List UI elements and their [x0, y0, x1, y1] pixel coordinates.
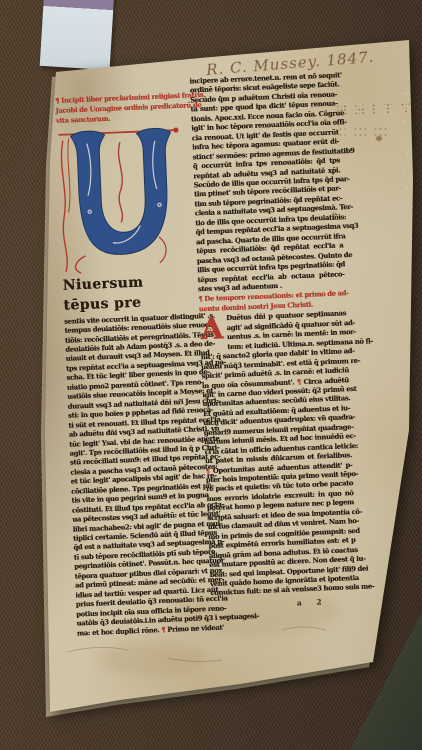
opening-words-large: Niuersum tēpus pre	[62, 270, 192, 315]
lombardic-initial-a: A a	[199, 316, 224, 345]
illuminated-initial-u: U	[56, 123, 190, 274]
advent-paragraph: A a Duētus dn̄i p quatuor septimanasagit…	[199, 310, 358, 599]
book-leaf-wrap: R. C. Mussey. 1847. RSITY ¶ Incipit libe…	[0, 0, 422, 750]
right-column: incipere ab errore.tenet.n. rem et nō se…	[189, 62, 359, 633]
rubric-incipit: ¶ Incipit liber preclarissimi religiosi …	[55, 91, 184, 127]
bottom-margin-offset-marks	[58, 612, 378, 672]
left-column-body: sentis vite occurrit in quatuor distingu…	[64, 312, 205, 638]
left-column: ¶ Incipit liber preclarissimi religiosi …	[54, 69, 205, 639]
guide-letter: a	[208, 327, 212, 334]
initial-u-artwork: U	[56, 123, 190, 274]
photo-of-incunabulum: { "photo": { "inscription": "R. C. Musse…	[0, 0, 422, 750]
advent-text: Duētus dn̄i p quatuor septimanasagit' ad…	[199, 310, 358, 599]
right-column-body-prologue: incipere ab errore.tenet.n. rem et nō se…	[189, 71, 345, 294]
book-leaf: R. C. Mussey. 1847. RSITY ¶ Incipit libe…	[38, 24, 422, 724]
text-block: ¶ Incipit liber preclarissimi religiosi …	[54, 62, 359, 638]
signature-mark: a 2	[297, 596, 358, 607]
fabric-specks	[404, 92, 407, 95]
perforation-stamp: RSITY	[336, 99, 417, 122]
flourish-dot	[173, 127, 178, 132]
perforation-stamp-dots	[338, 126, 402, 138]
